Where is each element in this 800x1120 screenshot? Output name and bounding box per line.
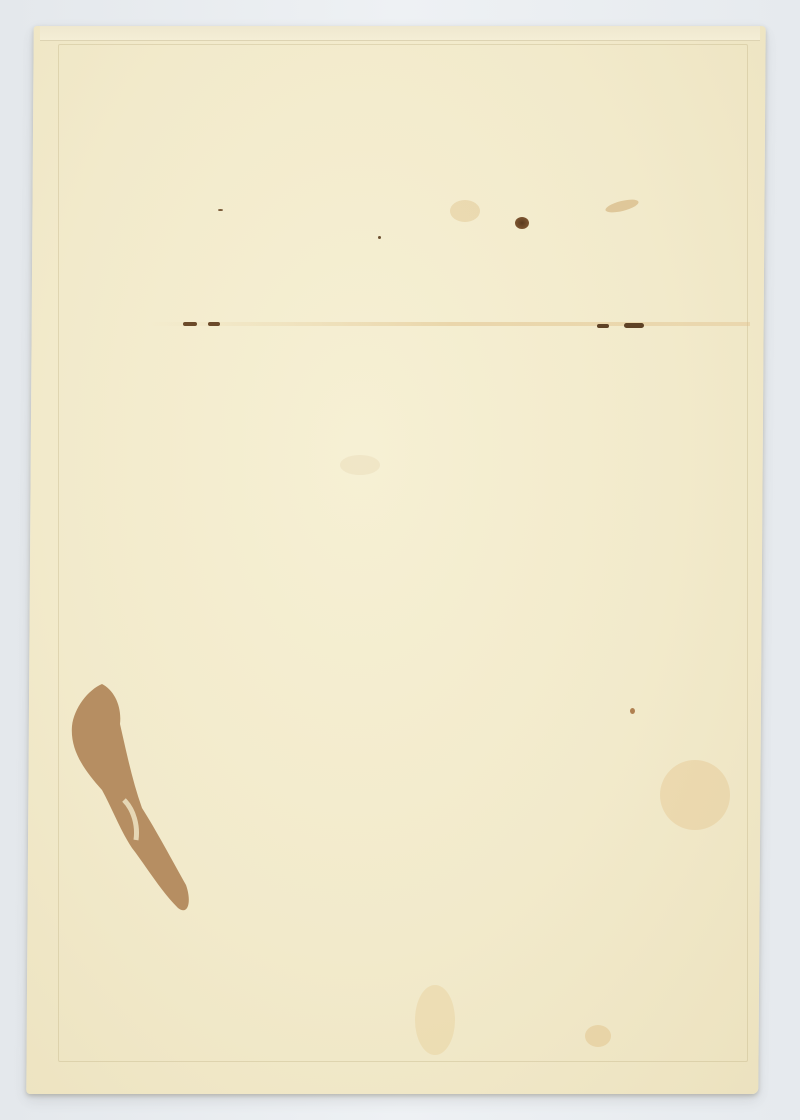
dark-mark — [624, 323, 644, 328]
speck — [218, 209, 223, 211]
light-stain — [450, 200, 480, 222]
faint-stain — [660, 760, 730, 830]
speck — [378, 236, 381, 239]
faint-stain — [415, 985, 455, 1055]
fold-line — [150, 322, 750, 326]
dark-mark — [597, 324, 609, 328]
faint-stain — [340, 455, 380, 475]
faint-stain — [585, 1025, 611, 1047]
large-brown-stain — [60, 680, 210, 925]
dark-mark — [183, 322, 197, 326]
dark-spot — [515, 217, 529, 229]
dark-mark — [208, 322, 220, 326]
speck — [630, 708, 635, 714]
cover-top-edge — [40, 26, 760, 41]
